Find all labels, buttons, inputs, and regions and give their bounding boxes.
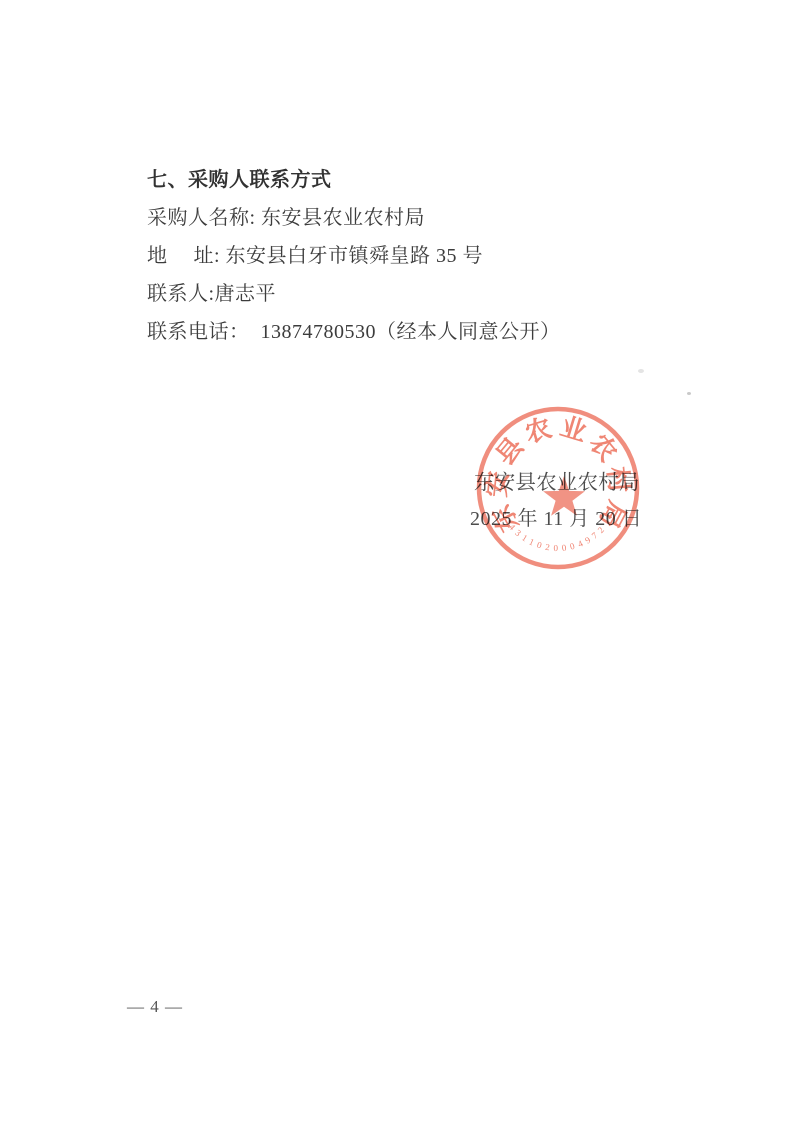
scan-speck <box>687 392 691 395</box>
seal-code-textpath: 4311020004972 <box>507 522 609 553</box>
official-seal: 东安县农业农村局 4311020004972 <box>473 403 643 573</box>
document-page: 七、采购人联系方式 采购人名称: 东安县农业农村局 地 址: 东安县白牙市镇舜皇… <box>0 0 793 1122</box>
contact-line-address: 地 址: 东安县白牙市镇舜皇路 35 号 <box>147 237 561 275</box>
contact-line-person: 联系人:唐志平 <box>147 275 561 313</box>
star-icon <box>543 476 585 516</box>
contact-section: 七、采购人联系方式 采购人名称: 东安县农业农村局 地 址: 东安县白牙市镇舜皇… <box>147 161 561 351</box>
page-number: — 4 — <box>127 997 183 1017</box>
scan-speck <box>638 369 644 373</box>
contact-line-phone: 联系电话： 13874780530（经本人同意公开） <box>147 313 561 351</box>
seal-code-text: 4311020004972 <box>507 522 609 553</box>
section-heading: 七、采购人联系方式 <box>147 161 561 199</box>
contact-line-purchaser-name: 采购人名称: 东安县农业农村局 <box>147 199 561 237</box>
